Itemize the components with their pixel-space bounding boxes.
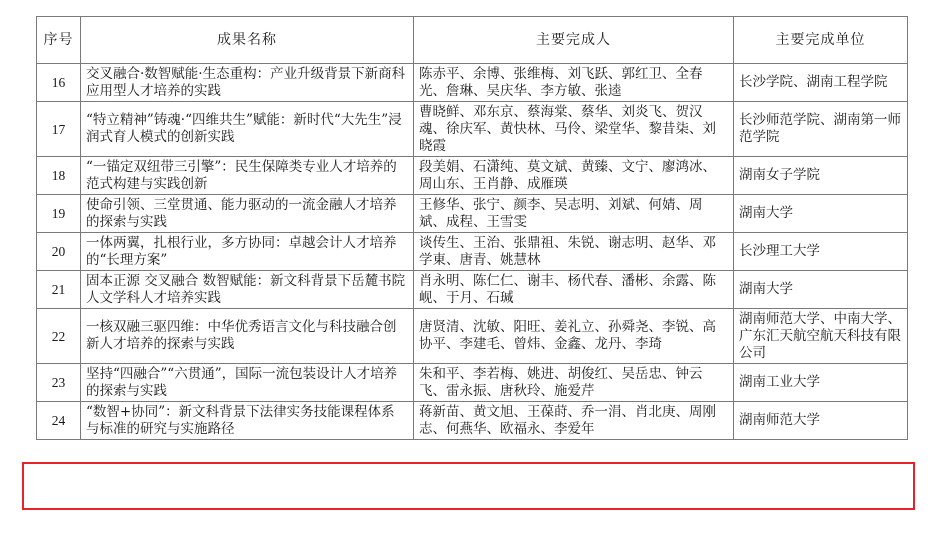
units: 湖南师范大学、中南大学、广东汇天航空航天科技有限公司 [734, 309, 908, 364]
table-row: 19 使命引领、三堂贯通、能力驱动的一流金融人才培养的探索与实践 王修华、张宁、… [37, 195, 908, 233]
contributors: 曹晓鲜、邓东京、蔡海棠、蔡华、刘炎飞、贺汉魂、徐庆军、黄快林、马伶、梁堂华、黎昔… [414, 102, 734, 157]
row-number: 22 [37, 309, 81, 364]
table-row: 17 “特立精神”铸魂·“四维共生”赋能：新时代“大先生”浸润式育人模式的创新实… [37, 102, 908, 157]
header-achievement-name: 成果名称 [81, 17, 414, 64]
table-row: 22 一核双融三驱四维：中华优秀语言文化与科技融合创新人才培养的探索与实践 唐贤… [37, 309, 908, 364]
contributors: 唐贤清、沈敏、阳旺、姜礼立、孙舜尧、李锐、高协平、李建毛、曾炜、金鑫、龙丹、李琦 [414, 309, 734, 364]
units: 长沙学院、湖南工程学院 [734, 64, 908, 102]
awards-table: 序号 成果名称 主要完成人 主要完成单位 16 交叉融合·数智赋能·生态重构：产… [36, 16, 908, 440]
achievement-title: “一锚定双纽带三引擎”：民生保障类专业人才培养的范式构建与实践创新 [81, 157, 414, 195]
row-number: 18 [37, 157, 81, 195]
row-number: 17 [37, 102, 81, 157]
units: 湖南师范大学 [734, 402, 908, 440]
achievement-title: 一核双融三驱四维：中华优秀语言文化与科技融合创新人才培养的探索与实践 [81, 309, 414, 364]
contributors: 陈赤平、余博、张维梅、刘飞跃、郭红卫、全春光、詹琳、吴庆华、李方敏、张逵 [414, 64, 734, 102]
achievement-title: “数智+协同”：新文科背景下法律实务技能课程体系与标准的研究与实施路径 [81, 402, 414, 440]
units: 湖南大学 [734, 271, 908, 309]
row-number: 24 [37, 402, 81, 440]
achievement-title: 坚持“四融合”“六贯通”，国际一流包装设计人才培养的探索与实践 [81, 364, 414, 402]
row-number: 16 [37, 64, 81, 102]
contributors: 朱和平、李若梅、姚进、胡俊红、吴岳忠、钟云飞、雷永振、唐秋玲、施爱芹 [414, 364, 734, 402]
row-number: 21 [37, 271, 81, 309]
units: 湖南女子学院 [734, 157, 908, 195]
row-number: 20 [37, 233, 81, 271]
table-row: 18 “一锚定双纽带三引擎”：民生保障类专业人才培养的范式构建与实践创新 段美娟… [37, 157, 908, 195]
units: 长沙理工大学 [734, 233, 908, 271]
header-serial-no: 序号 [37, 17, 81, 64]
table-header-row: 序号 成果名称 主要完成人 主要完成单位 [37, 17, 908, 64]
contributors: 段美娟、石潇纯、莫文斌、黄臻、文宁、廖鸿冰、周山东、王肖静、成雁瑛 [414, 157, 734, 195]
achievement-title: 固本正源 交叉融合 数智赋能：新文科背景下岳麓书院人文学科人才培养实践 [81, 271, 414, 309]
contributors: 肖永明、陈仁仁、谢丰、杨代春、潘彬、余露、陈岘、于月、石瑊 [414, 271, 734, 309]
table-row-highlighted: 24 “数智+协同”：新文科背景下法律实务技能课程体系与标准的研究与实施路径 蒋… [37, 402, 908, 440]
units: 湖南大学 [734, 195, 908, 233]
achievement-title: 使命引领、三堂贯通、能力驱动的一流金融人才培养的探索与实践 [81, 195, 414, 233]
achievement-title: 一体两翼，扎根行业，多方协同：卓越会计人才培养的“长理方案” [81, 233, 414, 271]
table-row: 16 交叉融合·数智赋能·生态重构：产业升级背景下新商科应用型人才培养的实践 陈… [37, 64, 908, 102]
contributors: 蒋新苗、黄文旭、王葆莳、乔一涓、肖北庚、周刚志、何燕华、欧福永、李爱年 [414, 402, 734, 440]
achievement-title: 交叉融合·数智赋能·生态重构：产业升级背景下新商科应用型人才培养的实践 [81, 64, 414, 102]
units: 湖南工业大学 [734, 364, 908, 402]
units: 长沙师范学院、湖南第一师范学院 [734, 102, 908, 157]
header-main-contributors: 主要完成人 [414, 17, 734, 64]
header-main-units: 主要完成单位 [734, 17, 908, 64]
achievement-title: “特立精神”铸魂·“四维共生”赋能：新时代“大先生”浸润式育人模式的创新实践 [81, 102, 414, 157]
red-highlight-box [22, 462, 915, 510]
contributors: 王修华、张宁、颜李、吴志明、刘斌、何婧、周斌、成程、王雪雯 [414, 195, 734, 233]
row-number: 23 [37, 364, 81, 402]
contributors: 谈传生、王治、张鼎祖、朱锐、谢志明、赵华、邓学東、唐青、姚慧林 [414, 233, 734, 271]
table-row: 21 固本正源 交叉融合 数智赋能：新文科背景下岳麓书院人文学科人才培养实践 肖… [37, 271, 908, 309]
table-row: 20 一体两翼，扎根行业，多方协同：卓越会计人才培养的“长理方案” 谈传生、王治… [37, 233, 908, 271]
row-number: 19 [37, 195, 81, 233]
table-row: 23 坚持“四融合”“六贯通”，国际一流包装设计人才培养的探索与实践 朱和平、李… [37, 364, 908, 402]
